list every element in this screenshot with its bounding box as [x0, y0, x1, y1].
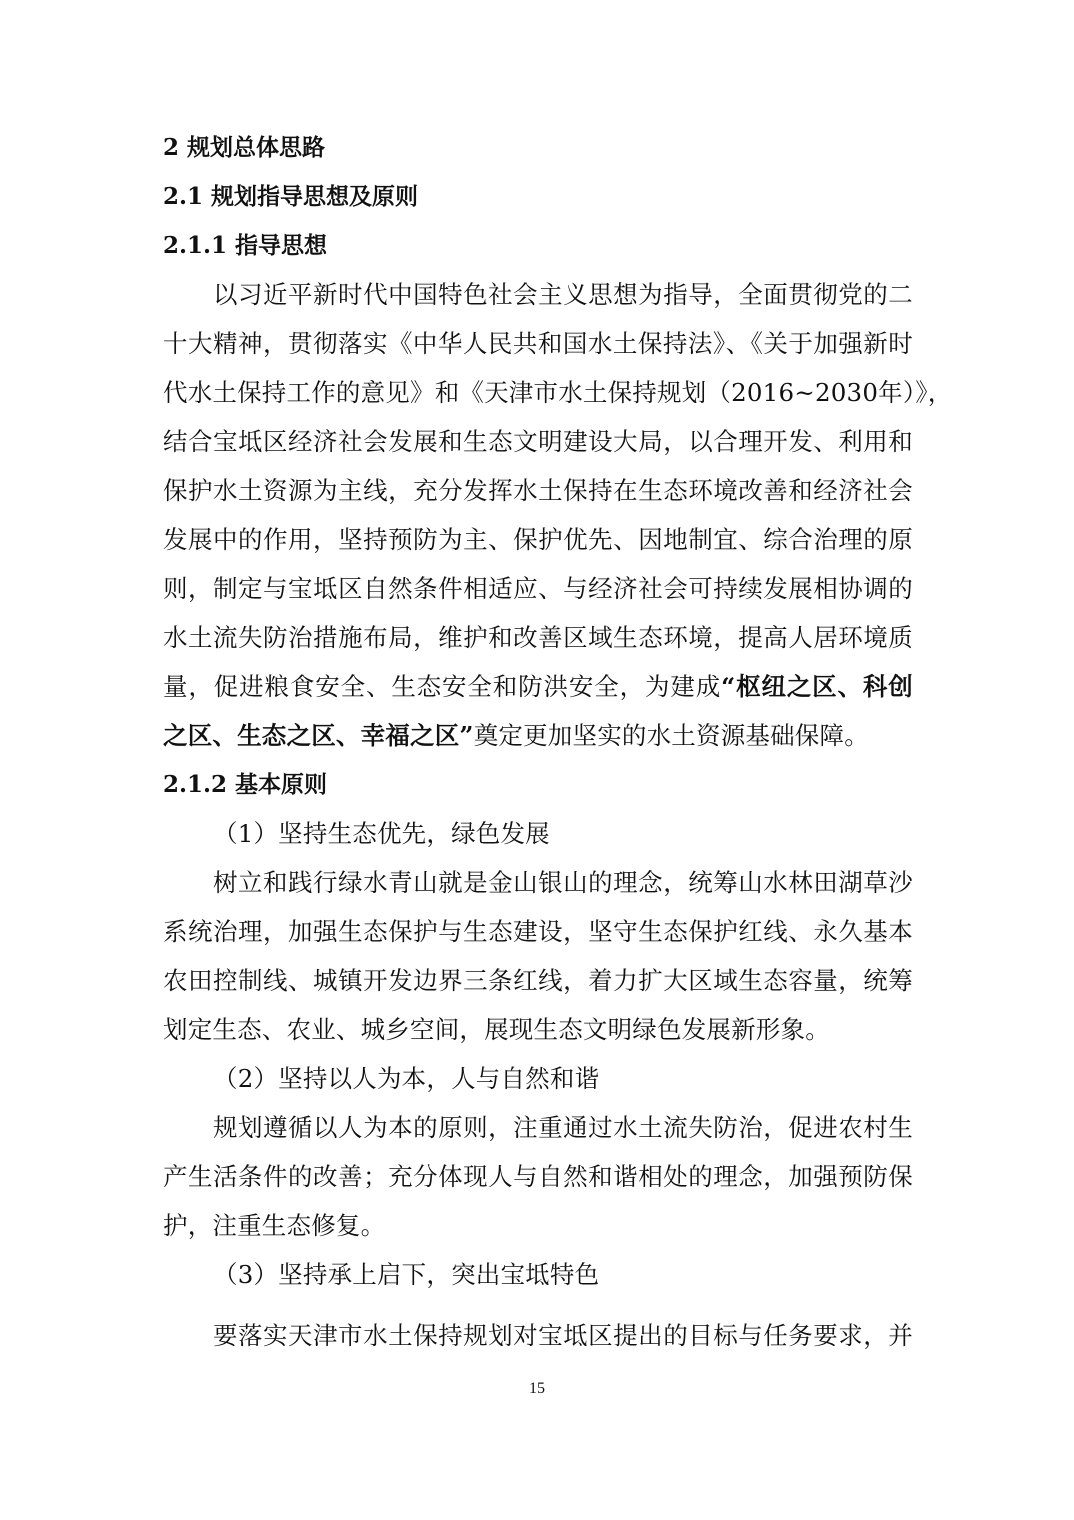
heading-section-2-1: 2.1 规划指导思想及原则	[163, 182, 913, 212]
paragraph-line: 发展中的作用，坚持预防为主、保护优先、因地制宜、综合治理的原	[163, 525, 913, 555]
paragraph-line: 保护水土资源为主线，充分发挥水土保持在生态环境改善和经济社会	[163, 476, 913, 506]
paragraph-line: 代水土保持工作的意见》和《天津市水土保持规划（2016~2030年）》，	[163, 378, 913, 408]
paragraph-line: 农田控制线、城镇开发边界三条红线，着力扩大区域生态容量，统筹	[163, 966, 913, 996]
paragraph-line: 护，注重生态修复。	[163, 1211, 913, 1241]
paragraph-line: 则，制定与宝坻区自然条件相适应、与经济社会可持续发展相协调的	[163, 574, 913, 604]
document-page: 2 规划总体思路 2.1 规划指导思想及原则 2.1.1 指导思想 以习近平新时…	[0, 0, 1074, 1520]
paragraph-line: 产生活条件的改善；充分体现人与自然和谐相处的理念，加强预防保	[163, 1162, 913, 1192]
paragraph-line: 量，促进粮食安全、生态安全和防洪安全，为建成“枢纽之区、科创	[163, 672, 913, 702]
paragraph-line: 十大精神，贯彻落实《中华人民共和国水土保持法》、《关于加强新时	[163, 329, 913, 359]
paragraph-line: 要落实天津市水土保持规划对宝坻区提出的目标与任务要求，并	[213, 1321, 913, 1351]
principle-title: （2）坚持以人为本，人与自然和谐	[213, 1064, 963, 1094]
paragraph-line: 树立和践行绿水青山就是金山银山的理念，统筹山水林田湖草沙	[213, 868, 913, 898]
bold-slogan: 之区、生态之区、幸福之区”	[163, 721, 474, 750]
paragraph-line: 划定生态、农业、城乡空间，展现生态文明绿色发展新形象。	[163, 1015, 913, 1045]
text-run: 奠定更加坚实的水土资源基础保障。	[474, 721, 869, 750]
paragraph-line: 之区、生态之区、幸福之区”奠定更加坚实的水土资源基础保障。	[163, 721, 913, 751]
heading-section-2-1-2: 2.1.2 基本原则	[163, 770, 913, 800]
bold-slogan: “枢纽之区、科创	[721, 672, 913, 701]
heading-chapter-2: 2 规划总体思路	[163, 133, 913, 163]
paragraph-line: 规划遵循以人为本的原则，注重通过水土流失防治，促进农村生	[213, 1113, 913, 1143]
page-number: 15	[0, 1380, 1074, 1398]
principle-title: （3）坚持承上启下，突出宝坻特色	[213, 1260, 963, 1290]
text-run: 量，促进粮食安全、生态安全和防洪安全，为建成	[163, 672, 721, 701]
paragraph-line: 结合宝坻区经济社会发展和生态文明建设大局，以合理开发、利用和	[163, 427, 913, 457]
paragraph-line: 系统治理，加强生态保护与生态建设，坚守生态保护红线、永久基本	[163, 917, 913, 947]
paragraph-line: 以习近平新时代中国特色社会主义思想为指导，全面贯彻党的二	[213, 280, 913, 310]
paragraph-line: 水土流失防治措施布局，维护和改善区域生态环境，提高人居环境质	[163, 623, 913, 653]
heading-section-2-1-1: 2.1.1 指导思想	[163, 231, 913, 261]
principle-title: （1）坚持生态优先，绿色发展	[213, 819, 963, 849]
